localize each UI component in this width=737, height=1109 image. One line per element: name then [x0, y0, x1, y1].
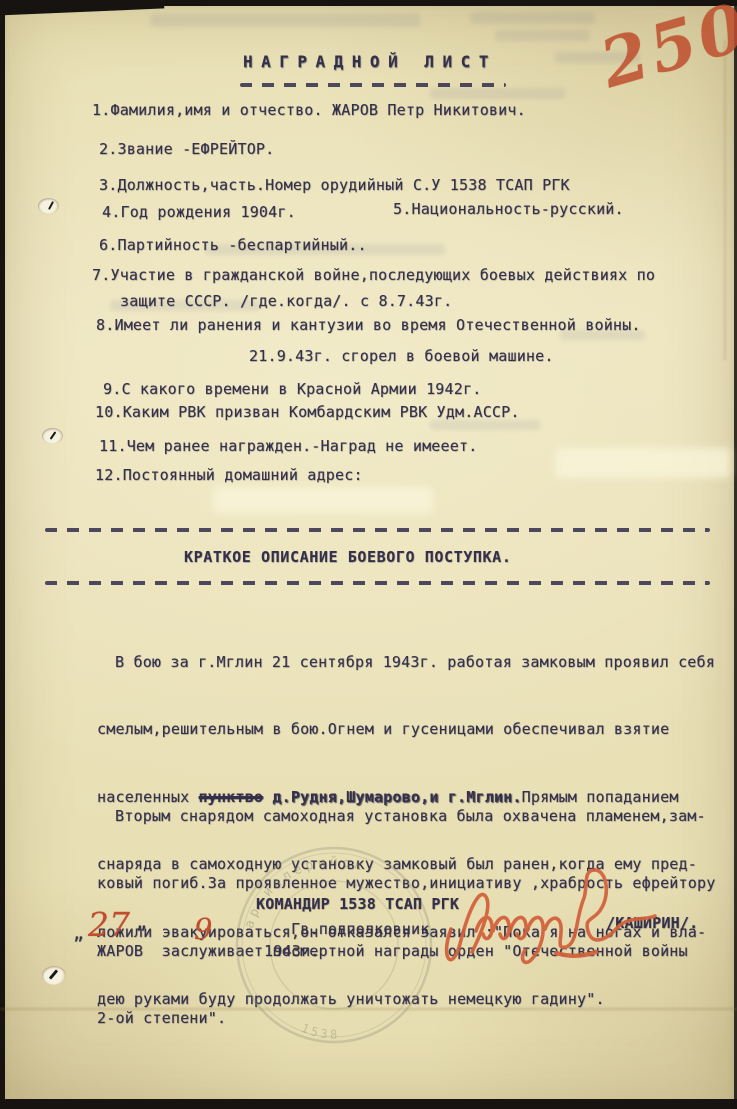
- handwritten-signature: [0, 0, 737, 1109]
- award-sheet-document: 250 НАГРАДНОЙ ЛИСТ 1.Фамилия,имя и отчес…: [0, 0, 737, 1109]
